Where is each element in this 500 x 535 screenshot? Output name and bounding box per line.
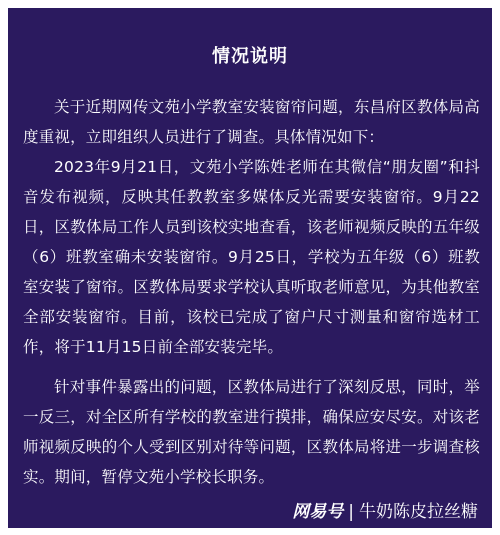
watermark-separator: | [348, 502, 354, 522]
paragraph-response: 针对事件暴露出的问题，区教体局进行了深刻反思，同时，举一反三，对全区所有学校的教… [23, 372, 480, 492]
document-title: 情况说明 [8, 42, 492, 68]
watermark-brand: 网易号 [292, 502, 343, 522]
paragraph-details: 2023年9月21日，文苑小学陈姓老师在其微信“朋友圈”和抖音发布视频，反映其任… [23, 152, 480, 362]
paragraph-intro: 关于近期网传文苑小学教室安装窗帘问题，东昌府区教体局高度重视，立即组织人员进行了… [23, 92, 480, 152]
watermark-author: 牛奶陈皮拉丝糖 [359, 502, 478, 522]
notice-panel: 情况说明 关于近期网传文苑小学教室安装窗帘问题，东昌府区教体局高度重视，立即组织… [8, 8, 492, 528]
watermark: 网易号|牛奶陈皮拉丝糖 [292, 497, 478, 522]
